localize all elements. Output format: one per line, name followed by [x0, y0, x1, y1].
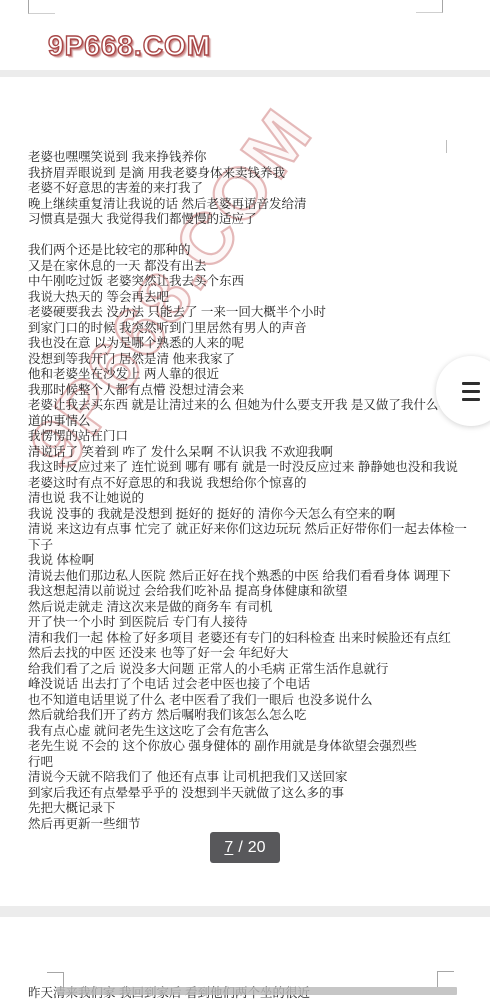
selection-bar [57, 987, 457, 995]
page-corner-mark [437, 971, 454, 987]
text-line: 我说 没事的 我就是没想到 挺好的 挺好的 清你今天怎么有空来的啊 [28, 507, 474, 523]
hamburger-icon [462, 382, 480, 385]
text-line: 我愣愣的站在门口 [28, 429, 474, 445]
text-line: 我那时候整个人都有点懵 没想过清会来 [28, 383, 474, 399]
text-line: 清说话了 笑着到 咋了 发什么呆啊 不认识我 不欢迎我啊 [28, 445, 474, 461]
site-watermark: 9P668.COM [48, 30, 211, 62]
text-line: 到家后我还有点晕晕乎乎的 没想到半天就做了这么多的事 [28, 786, 474, 802]
text-line: 然后再更新一些细节 [28, 817, 474, 833]
text-line: 清说去他们那边私人医院 然后正好在找个熟悉的中医 给我们看看身体 调理下 [28, 569, 474, 585]
text-line: 峰没说话 出去打了个电话 过会老中医也接了个电话 [28, 677, 474, 693]
text-line: 清说今天就不陪我们了 他还有点事 让司机把我们又送回家 [28, 770, 474, 786]
text-line: 我这时反应过来了 连忙说到 哪有 哪有 就是一时没反应过来 静静她也没和我说 [28, 460, 474, 476]
text-line: 然后就给我们开了药方 然后嘱咐我们该怎么怎么吃 [28, 708, 474, 724]
text-line: 我们两个还是比较宅的那种的 [28, 243, 474, 259]
text-line: 晚上继续重复清让我说的话 然后老婆再语音发给清 [28, 197, 474, 213]
text-line: 我也没在意 以为是哪个熟悉的人来的呢 [28, 336, 474, 352]
page-number-input[interactable]: 7 [224, 839, 233, 857]
page-corner-mark [416, 0, 443, 13]
text-line: 习惯真是强大 我觉得我们都慢慢的适应了 [28, 212, 474, 228]
text-line: 清和我们一起 体检了好多项目 老婆还有专门的妇科检查 出来时候脸还有点红 [28, 631, 474, 647]
text-line: 老先生说 不会的 这个你放心 强身健体的 副作用就是身体欲望会强烈些 [28, 739, 474, 755]
page-separator: / [238, 839, 242, 857]
text-line: 中午刚吃过饭 老婆突然让我去买个东西 [28, 274, 474, 290]
text-line: 然后去找的中医 还没来 也等了好一会 年纪好大 [28, 646, 474, 662]
text-line: 我有点心虚 就问老先生这这吃了会有危害么 [28, 724, 474, 740]
text-line: 给我们看了之后 说没多大问题 正常人的小毛病 正常生活作息就行 [28, 662, 474, 678]
text-line: 他和老婆坐在沙发上 两人靠的很近 [28, 367, 474, 383]
text-line: 行吧 [28, 755, 474, 771]
page-gap [0, 70, 490, 77]
page-gap [0, 906, 490, 917]
text-line: 老婆不好意思的害羞的来打我了 [28, 181, 474, 197]
text-line: 先把大概记录下 [28, 801, 474, 817]
text-line: 我挤眉弄眼说到 是滴 用我老婆身体来卖钱养我 [28, 166, 474, 182]
text-line [28, 228, 474, 244]
text-line: 老婆让我去买东西 就是让清过来的么 但她为什么要支开我 是又做了我什么不知道的事… [28, 398, 474, 429]
text-line: 又是在家休息的一天 都没有出去 [28, 259, 474, 275]
text-line: 清也说 我不让她说的 [28, 491, 474, 507]
text-line: 没想到等我开门 居然是清 他来我家了 [28, 352, 474, 368]
text-line: 清说 来这边有点事 忙完了 就正好来你们这边玩玩 然后正好带你们一起去体检一下子 [28, 522, 474, 553]
text-line: 老婆也嘿嘿笑说到 我来挣钱养你 [28, 150, 474, 166]
reader-page-text[interactable]: 老婆也嘿嘿笑说到 我来挣钱养你我挤眉弄眼说到 是滴 用我老婆身体来卖钱养我老婆不… [28, 150, 474, 832]
text-line: 老婆这时有点不好意思的和我说 我想给你个惊喜的 [28, 476, 474, 492]
text-line: 也不知道电话里说了什么 老中医看了我们一眼后 也没多说什么 [28, 693, 474, 709]
page-corner-mark [28, 0, 55, 14]
text-line: 我说 体检啊 [28, 553, 474, 569]
page-total: 20 [248, 839, 266, 857]
text-line: 到家门口的时候 我突然听到门里居然有男人的声音 [28, 321, 474, 337]
text-line: 我说大热天的 等会再去吧 [28, 290, 474, 306]
text-line: 开了快一个小时 到医院后 专门有人接待 [28, 615, 474, 631]
hamburger-icon [462, 398, 480, 401]
text-line: 老婆硬要我去 没办法 只能去了 一来一回大概半个小时 [28, 305, 474, 321]
hamburger-icon [462, 390, 480, 393]
page-indicator: 7 / 20 [210, 832, 280, 863]
text-line: 我这想起清以前说过 会给我们吃补品 提高身体健康和欲望 [28, 584, 474, 600]
text-line: 然后说走就走 清这次来是做的商务车 有司机 [28, 600, 474, 616]
